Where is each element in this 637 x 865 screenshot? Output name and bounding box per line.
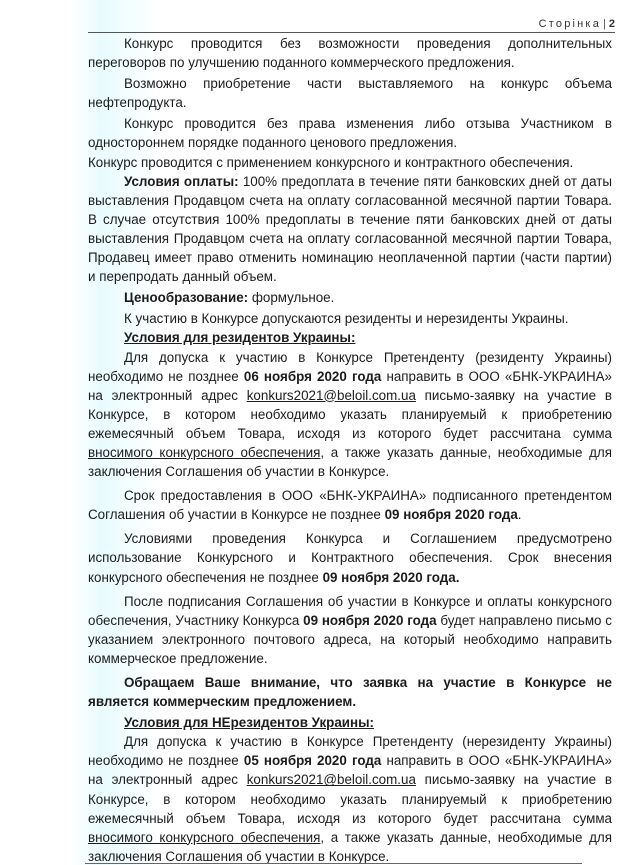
email-link[interactable]: konkurs2021@beloil.com.ua — [247, 388, 416, 403]
footer-rule — [85, 863, 582, 864]
page-number: 2 — [609, 18, 615, 30]
paragraph-eligibility: К участию в Конкурсе допускаются резиден… — [88, 309, 612, 328]
page-header: Сторінка|2 — [88, 18, 615, 33]
residents-heading: Условия для резидентов Украины: — [88, 328, 612, 347]
paragraph-no-negotiation: Конкурс проводится без возможности прове… — [88, 34, 612, 72]
nonresidents-deadline: 05 ноября 2020 года — [244, 753, 381, 768]
security-link[interactable]: вносимого конкурсного обеспечения — [88, 830, 320, 845]
email-link[interactable]: konkurs2021@beloil.com.ua — [247, 772, 416, 787]
header-separator: | — [603, 18, 606, 30]
document-body: Конкурс проводится без возможности прове… — [88, 34, 612, 865]
residents-application: Для допуска к участию в Конкурсе Претенд… — [88, 348, 612, 482]
payment-terms-label: Условия оплаты: — [124, 174, 239, 189]
paragraph-pricing: Ценообразование: формульное. — [88, 288, 612, 307]
paragraph-partial-purchase: Возможно приобретение части выставляемог… — [88, 74, 612, 112]
residents-security-terms: Условиями проведения Конкурса и Соглашен… — [88, 529, 612, 586]
paragraph-payment-terms: Условия оплаты: 100% предоплата в течени… — [88, 172, 612, 287]
pricing-label: Ценообразование: — [124, 290, 248, 305]
residents-offer-letter: После подписания Соглашения об участии в… — [88, 592, 612, 668]
residents-deadline: 06 ноября 2020 года — [244, 369, 381, 384]
notice: Обращаем Ваше внимание, что заявка на уч… — [88, 673, 612, 711]
page-label: Сторінка — [539, 18, 601, 30]
residents-agreement-deadline: Срок предоставления в ООО «БНК-УКРАИНА» … — [88, 486, 612, 524]
paragraph-no-withdrawal: Конкурс проводится без права изменения л… — [88, 114, 612, 152]
nonresidents-heading: Условия для НЕрезидентов Украины: — [88, 713, 612, 732]
nonresidents-application: Для допуска к участию в Конкурсе Претенд… — [88, 732, 612, 865]
security-link[interactable]: вносимого конкурсного обеспечения — [88, 445, 320, 460]
paragraph-security: Конкурс проводится с применением конкурс… — [88, 153, 612, 172]
